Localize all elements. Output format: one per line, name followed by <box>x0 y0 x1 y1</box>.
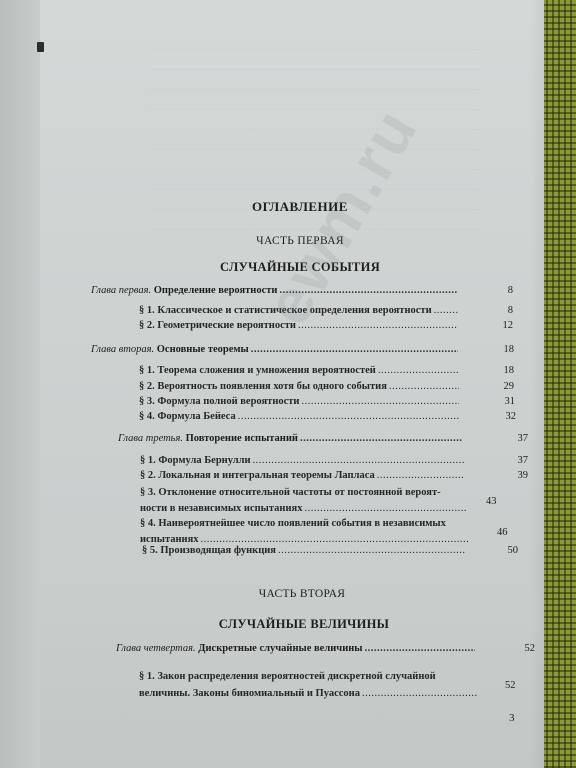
toc-section-row[interactable]: § 4. Наивероятнейшее число появлений соб… <box>140 516 468 548</box>
section-label: § 2. Вероятность появления хотя бы одног… <box>139 381 387 392</box>
toc-section-row[interactable]: § 1. Закон распределения вероятностей ди… <box>139 668 477 702</box>
chapter-prefix: Глава четвертая. <box>116 643 196 654</box>
leader-dots <box>279 285 457 296</box>
section-label: § 1. Теорема сложения и умножения вероят… <box>139 365 376 376</box>
section-label: § 1. Формула Бернулли <box>140 455 251 466</box>
section-label-line1: § 1. Закон распределения вероятностей ди… <box>139 668 477 685</box>
leader-dots <box>300 433 462 444</box>
leader-dots <box>377 470 464 481</box>
page-number: 8 <box>483 305 513 316</box>
page-number: 32 <box>486 411 516 422</box>
toc-chapter-row[interactable]: Глава третья. Повторение испытаний 37 <box>118 433 464 444</box>
toc-section-row[interactable]: § 2. Локальная и интегральная теоремы Ла… <box>140 470 466 481</box>
page-number: 31 <box>485 396 515 407</box>
leader-dots <box>362 685 477 702</box>
chapter-title: Повторение испытаний <box>186 433 298 444</box>
toc-section-row[interactable]: § 2. Вероятность появления хотя бы одног… <box>139 381 461 392</box>
toc-chapter-row[interactable]: Глава первая. Определение вероятности 8 <box>91 285 459 296</box>
toc-section-row[interactable]: § 4. Формула Бейеса 32 <box>139 411 461 422</box>
section-label-line2: ности в независимых испытаниях <box>140 501 302 517</box>
section-label-line2: величины. Законы биномиальный и Пуассона <box>139 685 360 702</box>
leader-dots <box>253 455 464 466</box>
leader-dots <box>298 320 458 331</box>
leader-dots <box>238 411 459 422</box>
toc-section-row[interactable]: § 2. Геометрические вероятности 12 <box>139 320 460 331</box>
section-label: § 2. Локальная и интегральная теоремы Ла… <box>140 470 375 481</box>
section-label-line1: § 3. Отклонение относительной частоты от… <box>140 485 467 501</box>
page-number: 18 <box>484 365 514 376</box>
leader-dots <box>389 381 459 392</box>
toc-title: ОГЛАВЛЕНИЕ <box>80 199 520 215</box>
toc-section-row[interactable]: § 1. Формула Бернулли 37 <box>140 455 466 466</box>
toc-section-row[interactable]: § 3. Отклонение относительной частоты от… <box>140 485 467 517</box>
part-label: ЧАСТЬ ВТОРАЯ <box>82 588 522 600</box>
section-label: § 1. Классическое и статистическое опред… <box>139 305 432 316</box>
page-number: 37 <box>498 433 528 444</box>
part-title: СЛУЧАЙНЫЕ СОБЫТИЯ <box>80 260 520 275</box>
page-number: 46 <box>497 527 508 538</box>
leader-dots <box>365 643 475 654</box>
page-number: 52 <box>505 680 516 691</box>
toc-chapter-row[interactable]: Глава вторая. Основные теоремы 18 <box>91 344 460 355</box>
chapter-prefix: Глава первая. <box>91 285 151 296</box>
section-label: § 3. Формула полной вероятности <box>139 396 299 407</box>
leader-dots <box>278 545 466 556</box>
chapter-title: Основные теоремы <box>157 344 249 355</box>
page-number: 43 <box>486 496 497 507</box>
section-label: § 4. Формула Бейеса <box>139 411 236 422</box>
chapter-prefix: Глава вторая. <box>91 344 154 355</box>
leader-dots <box>378 365 459 376</box>
toc-section-row[interactable]: § 3. Формула полной вероятности 31 <box>139 396 461 407</box>
page-number: 39 <box>498 470 528 481</box>
leader-dots <box>434 305 458 316</box>
page-number: 18 <box>484 344 514 355</box>
page-folio: 3 <box>509 712 515 724</box>
page-number: 12 <box>483 320 513 331</box>
toc-section-row[interactable]: § 5. Производящая функция 50 <box>142 545 468 556</box>
part-label: ЧАСТЬ ПЕРВАЯ <box>80 235 520 247</box>
page-number: 50 <box>488 545 518 556</box>
page-number: 8 <box>483 285 513 296</box>
section-label: § 2. Геометрические вероятности <box>139 320 296 331</box>
chapter-title: Дискретные случайные величины <box>198 643 362 654</box>
toc-section-row[interactable]: § 1. Классическое и статистическое опред… <box>139 305 460 316</box>
part-title: СЛУЧАЙНЫЕ ВЕЛИЧИНЫ <box>84 617 524 632</box>
binding-staple <box>37 42 44 52</box>
chapter-prefix: Глава третья. <box>118 433 183 444</box>
page-number: 29 <box>484 381 514 392</box>
leader-dots <box>301 396 459 407</box>
section-label: § 5. Производящая функция <box>142 545 276 556</box>
leader-dots <box>304 501 467 517</box>
page-number: 52 <box>505 643 535 654</box>
section-label-line1: § 4. Наивероятнейшее число появлений соб… <box>140 516 468 532</box>
toc-section-row[interactable]: § 1. Теорема сложения и умножения вероят… <box>139 365 461 376</box>
toc-chapter-row[interactable]: Глава четвертая. Дискретные случайные ве… <box>116 643 477 654</box>
page-number: 37 <box>498 455 528 466</box>
leader-dots <box>251 344 458 355</box>
chapter-title: Определение вероятности <box>154 285 278 296</box>
